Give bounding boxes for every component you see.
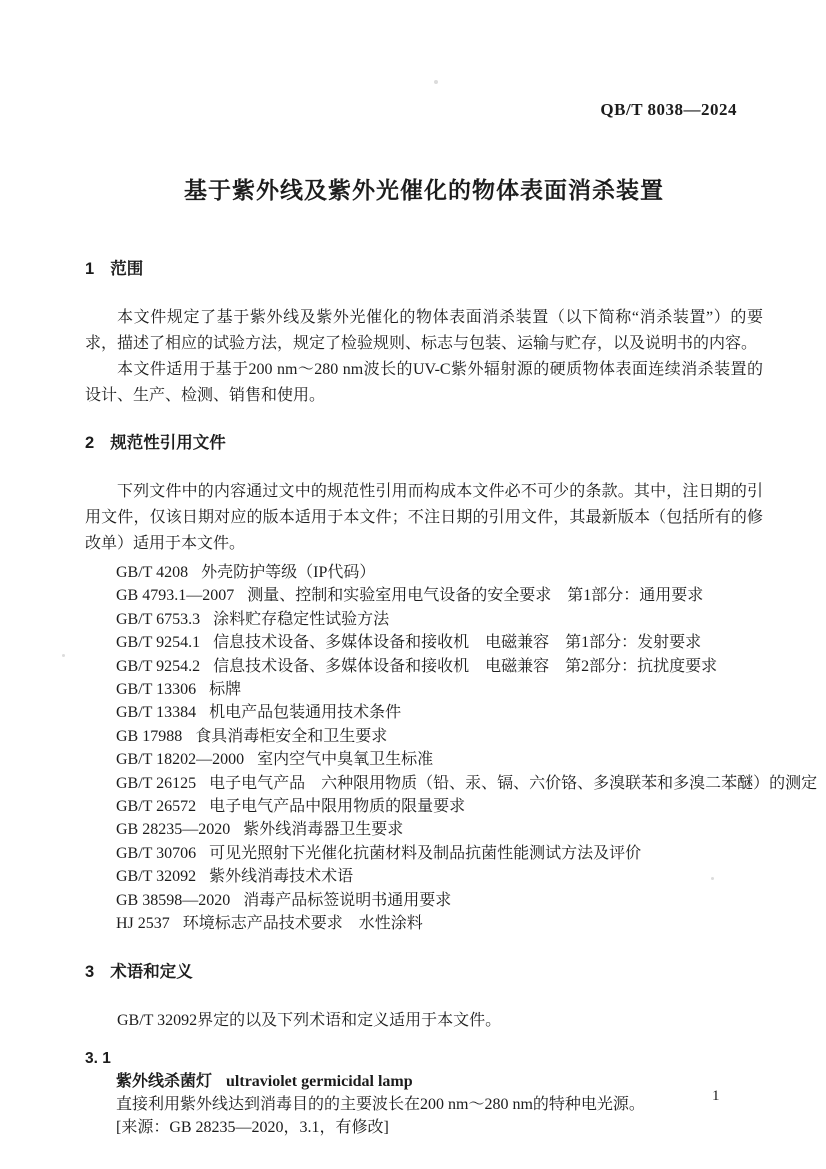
document-number: QB/T 8038—2024 bbox=[85, 100, 763, 120]
reference-item: GB/T 13306标牌 bbox=[116, 678, 763, 701]
reference-code: GB/T 30706 bbox=[116, 845, 196, 862]
document-title: 基于紫外线及紫外光催化的物体表面消杀装置 bbox=[85, 172, 763, 205]
reference-title: 紫外线消毒技术术语 bbox=[209, 868, 353, 885]
scope-paragraph-1: 本文件规定了基于紫外线及紫外光催化的物体表面消杀装置（以下简称“消杀装置”）的要… bbox=[85, 305, 763, 357]
section-heading-terms: 3术语和定义 bbox=[85, 958, 763, 982]
reference-code: GB/T 9254.2 bbox=[116, 658, 200, 675]
reference-title: 信息技术设备、多媒体设备和接收机 电磁兼容 第2部分：抗扰度要求 bbox=[213, 658, 717, 675]
reference-title: 涂料贮存稳定性试验方法 bbox=[213, 611, 389, 628]
reference-item: GB/T 26572电子电气产品中限用物质的限量要求 bbox=[116, 795, 763, 818]
reference-code: GB/T 9254.1 bbox=[116, 634, 200, 651]
reference-code: GB/T 6753.3 bbox=[116, 611, 200, 628]
reference-title: 机电产品包装通用技术条件 bbox=[209, 704, 401, 721]
reference-code: GB/T 13384 bbox=[116, 704, 196, 721]
section-title: 规范性引用文件 bbox=[110, 434, 226, 452]
reference-item: GB/T 13384机电产品包装通用技术条件 bbox=[116, 701, 763, 724]
term-name-chinese: 紫外线杀菌灯 bbox=[116, 1073, 212, 1090]
section-number: 1 bbox=[85, 260, 94, 278]
normative-reference-list: GB/T 4208外壳防护等级（IP代码） GB 4793.1—2007测量、控… bbox=[85, 561, 763, 936]
reference-item: GB 38598—2020消毒产品标签说明书通用要求 bbox=[116, 889, 763, 912]
reference-code: GB/T 32092 bbox=[116, 868, 196, 885]
term-entry: 紫外线杀菌灯ultraviolet germicidal lamp 直接利用紫外… bbox=[85, 1070, 763, 1139]
standard-document-page: QB/T 8038—2024 基于紫外线及紫外光催化的物体表面消杀装置 1范围 … bbox=[0, 0, 826, 1169]
reference-title: 标牌 bbox=[209, 681, 241, 698]
term-entry-number: 3. 1 bbox=[85, 1047, 763, 1070]
section-title: 范围 bbox=[110, 260, 143, 278]
terms-intro: GB/T 32092界定的以及下列术语和定义适用于本文件。 bbox=[85, 1008, 763, 1034]
reference-title: 测量、控制和实验室用电气设备的安全要求 第1部分：通用要求 bbox=[247, 587, 703, 604]
reference-item: GB/T 32092紫外线消毒技术术语 bbox=[116, 865, 763, 888]
reference-title: 消毒产品标签说明书通用要求 bbox=[243, 892, 451, 909]
term-name-english: ultraviolet germicidal lamp bbox=[226, 1073, 413, 1090]
reference-title: 信息技术设备、多媒体设备和接收机 电磁兼容 第1部分：发射要求 bbox=[213, 634, 701, 651]
reference-title: 环境标志产品技术要求 水性涂料 bbox=[183, 915, 423, 932]
reference-item: GB 4793.1—2007测量、控制和实验室用电气设备的安全要求 第1部分：通… bbox=[116, 584, 763, 607]
reference-item: GB/T 26125电子电气产品 六种限用物质（铅、汞、镉、六价铬、多溴联苯和多… bbox=[116, 772, 763, 795]
reference-title: 室内空气中臭氧卫生标准 bbox=[257, 751, 433, 768]
reference-title: 紫外线消毒器卫生要求 bbox=[243, 821, 403, 838]
reference-item: GB/T 18202—2000室内空气中臭氧卫生标准 bbox=[116, 748, 763, 771]
reference-item: GB 28235—2020紫外线消毒器卫生要求 bbox=[116, 818, 763, 841]
page-number: 1 bbox=[712, 1088, 720, 1105]
reference-item: GB/T 6753.3涂料贮存稳定性试验方法 bbox=[116, 608, 763, 631]
section-heading-normative-references: 2规范性引用文件 bbox=[85, 429, 763, 453]
reference-title: 食具消毒柜安全和卫生要求 bbox=[195, 728, 387, 745]
term-title-line: 紫外线杀菌灯ultraviolet germicidal lamp bbox=[116, 1070, 763, 1093]
reference-item: GB/T 4208外壳防护等级（IP代码） bbox=[116, 561, 763, 584]
reference-code: GB/T 26572 bbox=[116, 798, 196, 815]
section-number: 3 bbox=[85, 963, 94, 981]
reference-title: 外壳防护等级（IP代码） bbox=[201, 564, 375, 581]
section-number: 2 bbox=[85, 434, 94, 452]
reference-code: GB 4793.1—2007 bbox=[116, 587, 234, 604]
reference-item: HJ 2537环境标志产品技术要求 水性涂料 bbox=[116, 912, 763, 935]
reference-item: GB/T 30706可见光照射下光催化抗菌材料及制品抗菌性能测试方法及评价 bbox=[116, 842, 763, 865]
term-definition: 直接利用紫外线达到消毒目的的主要波长在200 nm～280 nm的特种电光源。 bbox=[116, 1093, 763, 1116]
reference-title: 可见光照射下光催化抗菌材料及制品抗菌性能测试方法及评价 bbox=[209, 845, 641, 862]
section-heading-scope: 1范围 bbox=[85, 255, 763, 279]
reference-code: GB 28235—2020 bbox=[116, 821, 230, 838]
reference-code: GB/T 26125 bbox=[116, 775, 196, 792]
normative-references-intro: 下列文件中的内容通过文中的规范性引用而构成本文件必不可少的条款。其中，注日期的引… bbox=[85, 479, 763, 557]
reference-item: GB/T 9254.2信息技术设备、多媒体设备和接收机 电磁兼容 第2部分：抗扰… bbox=[116, 655, 763, 678]
page-content: QB/T 8038—2024 基于紫外线及紫外光催化的物体表面消杀装置 1范围 … bbox=[85, 0, 763, 1139]
term-source: [来源：GB 28235—2020，3.1，有修改] bbox=[116, 1116, 763, 1139]
reference-code: GB/T 4208 bbox=[116, 564, 188, 581]
scope-paragraph-2: 本文件适用于基于200 nm～280 nm波长的UV-C紫外辐射源的硬质物体表面… bbox=[85, 357, 763, 409]
reference-code: GB 38598—2020 bbox=[116, 892, 230, 909]
reference-code: HJ 2537 bbox=[116, 915, 170, 932]
reference-code: GB/T 18202—2000 bbox=[116, 751, 244, 768]
reference-title: 电子电气产品 六种限用物质（铅、汞、镉、六价铬、多溴联苯和多溴二苯醚）的测定 bbox=[209, 775, 817, 792]
reference-code: GB 17988 bbox=[116, 728, 182, 745]
reference-item: GB 17988食具消毒柜安全和卫生要求 bbox=[116, 725, 763, 748]
reference-code: GB/T 13306 bbox=[116, 681, 196, 698]
reference-item: GB/T 9254.1信息技术设备、多媒体设备和接收机 电磁兼容 第1部分：发射… bbox=[116, 631, 763, 654]
reference-title: 电子电气产品中限用物质的限量要求 bbox=[209, 798, 465, 815]
scan-speck bbox=[62, 654, 65, 657]
section-title: 术语和定义 bbox=[110, 963, 193, 981]
